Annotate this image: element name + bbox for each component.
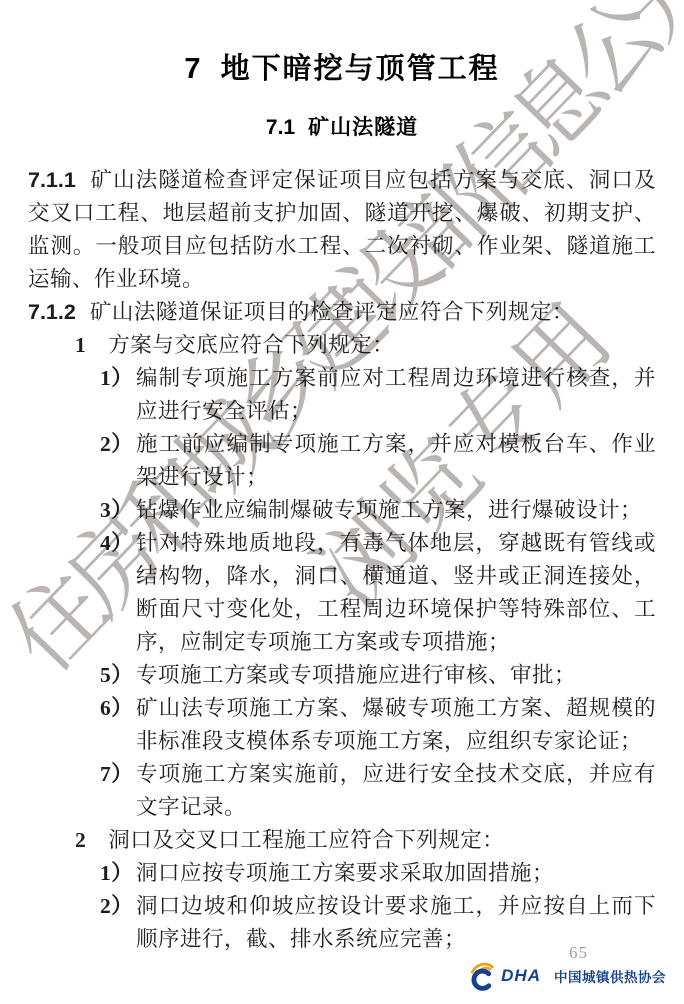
chapter-title: 地下暗挖与顶管工程 [221, 53, 500, 85]
clause-text: 矿山法隧道检查评定保证项目应包括方案与交底、洞口及交叉口工程、地层超前支护加固、… [28, 168, 656, 291]
list-subitem-1-3: 3）钻爆作业应编制爆破专项施工方案，进行爆破设计； [100, 494, 656, 527]
page-footer: DHA 中国城镇供热协会 [467, 961, 666, 991]
section-title: 矿山法隧道 [308, 116, 418, 139]
list-subitem-1-4: 4）针对特殊地质地段，有毒气体地层，穿越既有管线或结构物，降水，洞口、横通道、竖… [100, 527, 656, 659]
clause-number: 7.1.2 [28, 300, 76, 324]
clause-body: 7.1.1矿山法隧道检查评定保证项目应包括方案与交底、洞口及交叉口工程、地层超前… [28, 164, 656, 956]
page-number: 65 [569, 943, 588, 963]
list-subitem-1-7: 7）专项施工方案实施前，应进行安全技术交底，并应有文字记录。 [100, 758, 656, 824]
list-subitem-1-5: 5）专项施工方案或专项措施应进行审核、审批； [100, 659, 656, 692]
subitem-number: 3） [100, 494, 136, 527]
list-item-number: 1 [75, 333, 86, 357]
list-subitem-2-1: 1）洞口应按专项施工方案要求采取加固措施； [100, 857, 656, 890]
subitem-number: 7） [100, 758, 136, 791]
subitem-text: 施工前应编制专项施工方案，并应对模板台车、作业架进行设计； [136, 432, 656, 489]
clause-number: 7.1.1 [28, 168, 76, 192]
document-page: 住房和城乡建设部信息公开 浏览专用 7地下暗挖与顶管工程 7.1矿山法隧道 7.… [0, 0, 684, 1004]
subitem-number: 2） [100, 890, 136, 923]
subitem-text: 洞口应按专项施工方案要求采取加固措施； [136, 861, 554, 885]
chapter-number: 7 [184, 53, 200, 85]
list-subitem-1-1: 1）编制专项施工方案前应对工程周边环境进行核查，并应进行安全评估； [100, 362, 656, 428]
subitem-number: 4） [100, 527, 136, 560]
subitem-number: 2） [100, 428, 136, 461]
list-subitem-1-6: 6）矿山法专项施工方案、爆破专项施工方案、超规模的非标准段支模体系专项施工方案，… [100, 692, 656, 758]
subitem-text: 编制专项施工方案前应对工程周边环境进行核查，并应进行安全评估； [136, 366, 656, 423]
clause-7-1-2: 7.1.2矿山法隧道保证项目的检查评定应符合下列规定： [28, 296, 656, 329]
page-content: 7地下暗挖与顶管工程 7.1矿山法隧道 7.1.1矿山法隧道检查评定保证项目应包… [28, 0, 656, 956]
clause-text: 矿山法隧道保证项目的检查评定应符合下列规定： [90, 300, 574, 324]
cdha-logo-icon [467, 961, 497, 991]
subitem-text: 专项施工方案或专项措施应进行审核、审批； [136, 663, 576, 687]
list-subitem-1-2: 2）施工前应编制专项施工方案，并应对模板台车、作业架进行设计； [100, 428, 656, 494]
subitem-text: 钻爆作业应编制爆破专项施工方案，进行爆破设计； [136, 498, 642, 522]
list-item-2: 2洞口及交叉口工程施工应符合下列规定： [75, 824, 656, 857]
subitem-text: 专项施工方案实施前，应进行安全技术交底，并应有文字记录。 [136, 762, 656, 819]
section-number: 7.1 [266, 116, 295, 139]
chapter-heading: 7地下暗挖与顶管工程 [28, 52, 656, 86]
section-heading: 7.1矿山法隧道 [28, 116, 656, 140]
list-item-number: 2 [75, 828, 86, 852]
subitem-text: 矿山法专项施工方案、爆破专项施工方案、超规模的非标准段支模体系专项施工方案，应组… [136, 696, 656, 753]
subitem-number: 1） [100, 362, 136, 395]
list-item-text: 方案与交底应符合下列规定： [108, 333, 394, 357]
list-item-1: 1方案与交底应符合下列规定： [75, 329, 656, 362]
clause-7-1-1: 7.1.1矿山法隧道检查评定保证项目应包括方案与交底、洞口及交叉口工程、地层超前… [28, 164, 656, 296]
list-item-text: 洞口及交叉口工程施工应符合下列规定： [108, 828, 504, 852]
logo-acronym: DHA [501, 966, 541, 986]
subitem-text: 针对特殊地质地段，有毒气体地层，穿越既有管线或结构物，降水，洞口、横通道、竖井或… [136, 531, 656, 654]
subitem-number: 1） [100, 857, 136, 890]
subitem-number: 5） [100, 659, 136, 692]
org-name: 中国城镇供热协会 [554, 966, 666, 986]
subitem-number: 6） [100, 692, 136, 725]
